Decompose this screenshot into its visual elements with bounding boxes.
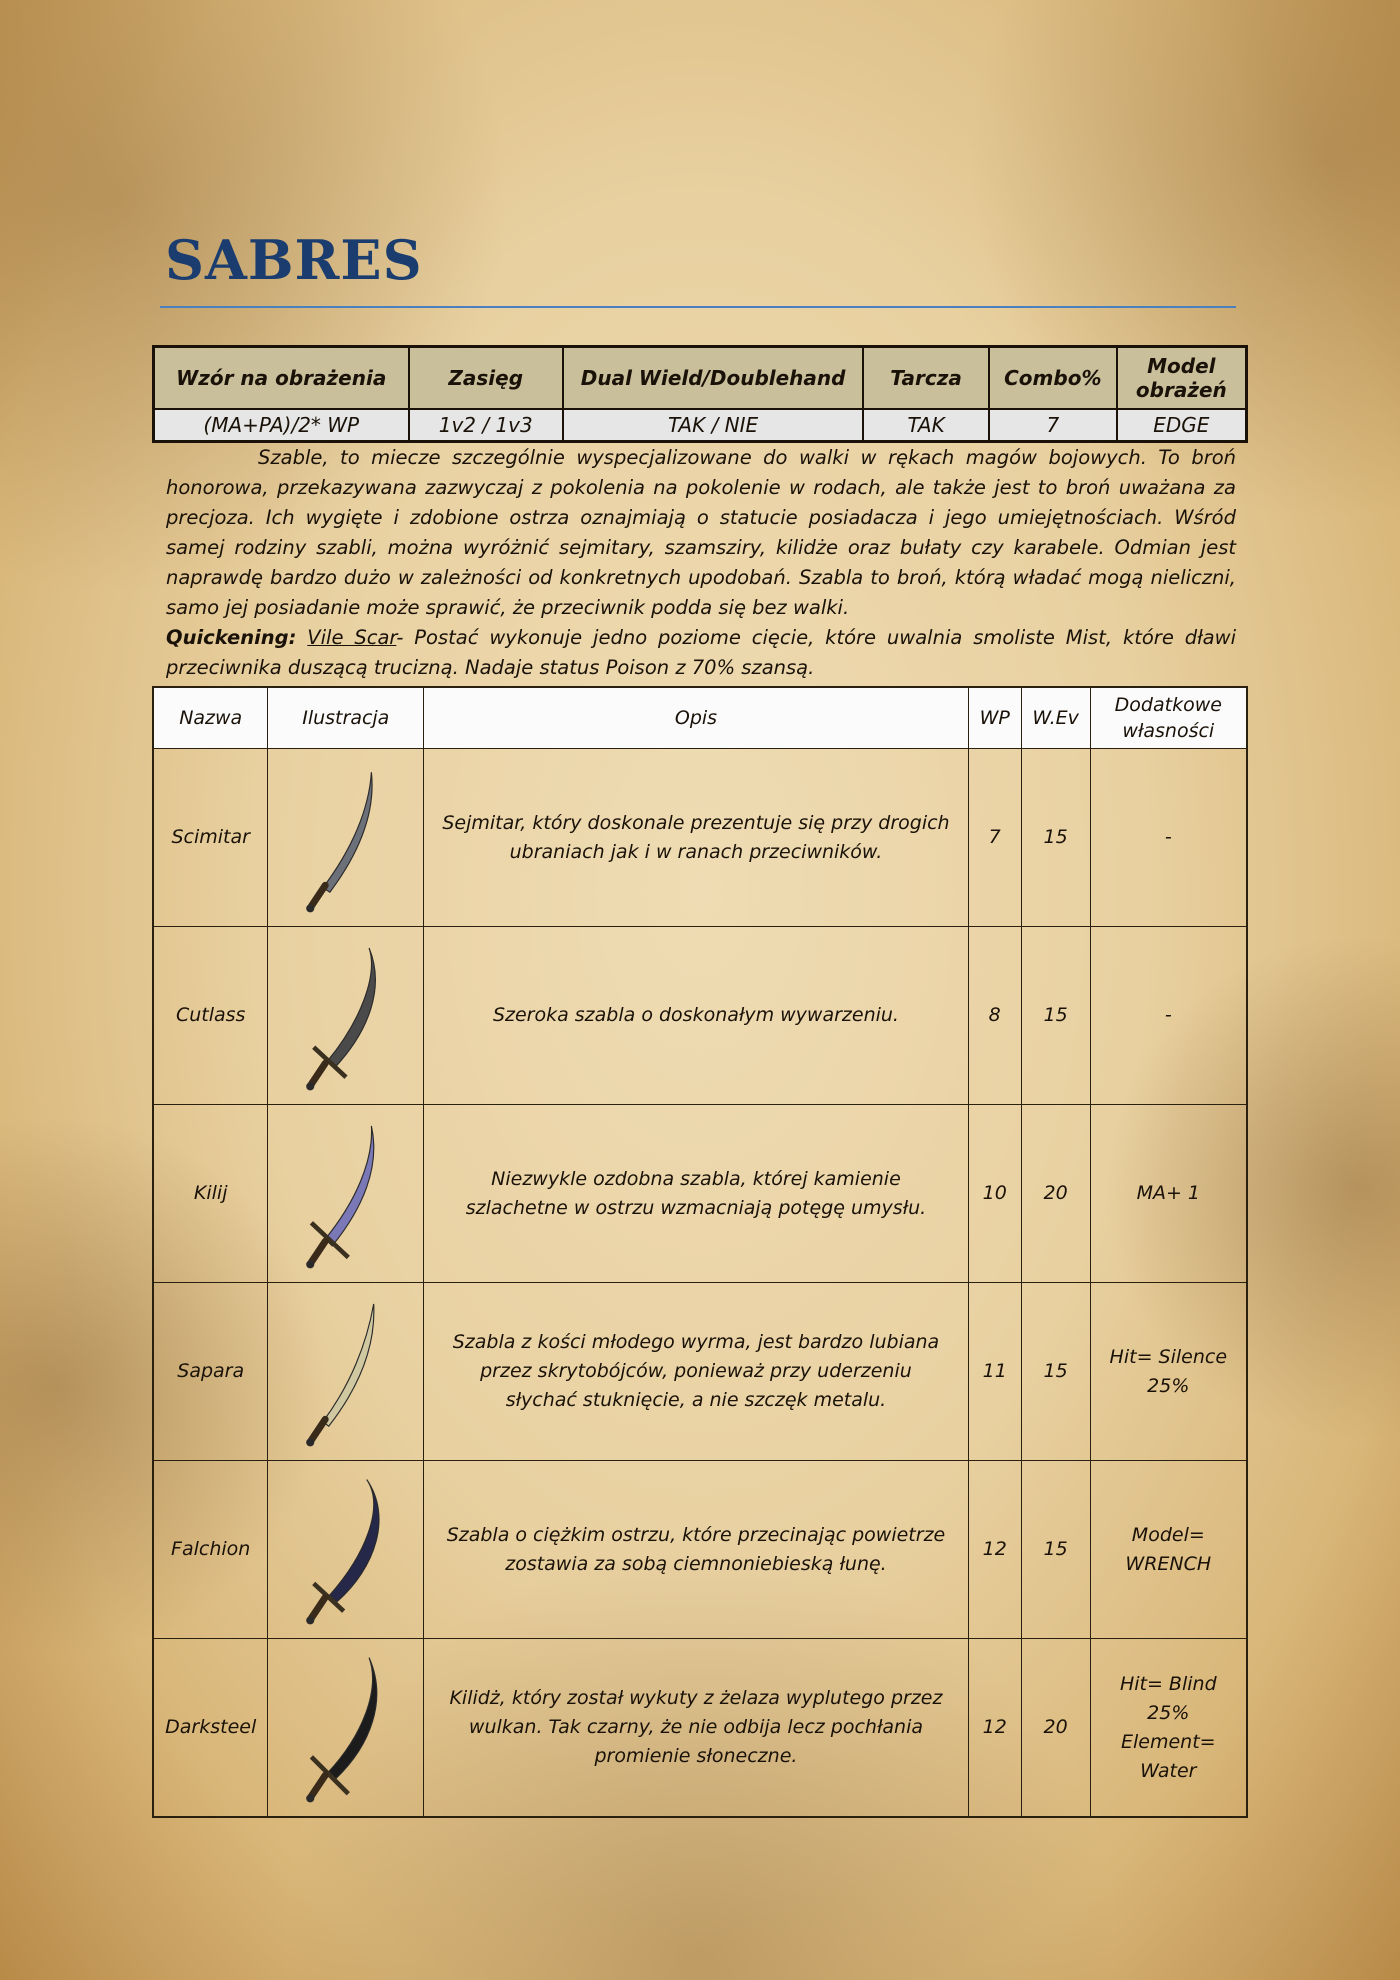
weapon-row: Cutlass Szeroka szabla o doskonałym wywa… bbox=[153, 927, 1247, 1105]
header-wp: WP bbox=[968, 687, 1021, 749]
quickening-name: Vile Scar bbox=[307, 626, 396, 649]
weapons-table-body: Scimitar Sejmitar, który doskonale preze… bbox=[153, 749, 1247, 1818]
weapon-extra-properties: - bbox=[1090, 927, 1247, 1105]
weapon-description: Szeroka szabla o doskonałym wywarzeniu. bbox=[424, 927, 969, 1105]
weapons-table: Nazwa Ilustracja Opis WP W.Ev Dodatkowe … bbox=[152, 686, 1248, 1818]
stats-value-damage-model: EDGE bbox=[1117, 409, 1247, 442]
header-extra-properties: Dodatkowe własności bbox=[1090, 687, 1247, 749]
page-title: SABRES bbox=[165, 228, 423, 292]
class-description: Szable, to miecze szczególnie wyspecjali… bbox=[166, 443, 1236, 683]
stats-header-damage-model: Model obrażeń bbox=[1117, 347, 1247, 410]
weapon-row: Sapara Szabla z kości młodego wyrma, jes… bbox=[153, 1283, 1247, 1461]
weapon-wp: 8 bbox=[968, 927, 1021, 1105]
weapon-name: Cutlass bbox=[153, 927, 268, 1105]
weapon-wev: 20 bbox=[1021, 1639, 1090, 1818]
weapon-description: Kilidż, który został wykuty z żelaza wyp… bbox=[424, 1639, 969, 1818]
weapon-extra-properties: MA+ 1 bbox=[1090, 1105, 1247, 1283]
weapon-wev: 20 bbox=[1021, 1105, 1090, 1283]
stats-header-range: Zasięg bbox=[409, 347, 563, 410]
weapon-row: Falchion Szabla o ciężkim ostrzu, które … bbox=[153, 1461, 1247, 1639]
weapon-wp: 12 bbox=[968, 1639, 1021, 1818]
kilij-sword-icon bbox=[298, 1119, 394, 1269]
header-wev: W.Ev bbox=[1021, 687, 1090, 749]
falchion-sword-icon bbox=[298, 1475, 394, 1625]
weapon-illustration bbox=[268, 927, 424, 1105]
weapon-description: Niezwykle ozdobna szabla, której kamieni… bbox=[424, 1105, 969, 1283]
sapara-sword-icon bbox=[298, 1297, 394, 1447]
weapon-row: Darksteel Kilidż, który został wykuty z … bbox=[153, 1639, 1247, 1818]
stats-header-combo: Combo% bbox=[989, 347, 1117, 410]
weapon-extra-properties: Model= WRENCH bbox=[1090, 1461, 1247, 1639]
weapon-illustration bbox=[268, 749, 424, 927]
stats-header-dual-wield: Dual Wield/Doublehand bbox=[563, 347, 863, 410]
cutlass-sword-icon bbox=[298, 941, 394, 1091]
header-illustration: Ilustracja bbox=[268, 687, 424, 749]
weapon-wp: 12 bbox=[968, 1461, 1021, 1639]
scimitar-sword-icon bbox=[298, 763, 394, 913]
quickening-label: Quickening: bbox=[166, 626, 296, 649]
stats-value-dual-wield: TAK / NIE bbox=[563, 409, 863, 442]
weapon-wev: 15 bbox=[1021, 1461, 1090, 1639]
stats-value-shield: TAK bbox=[863, 409, 989, 442]
header-name: Nazwa bbox=[153, 687, 268, 749]
weapon-name: Kilij bbox=[153, 1105, 268, 1283]
stats-value-damage-formula: (MA+PA)/2* WP bbox=[154, 409, 409, 442]
stats-value-range: 1v2 / 1v3 bbox=[409, 409, 563, 442]
weapons-header-row: Nazwa Ilustracja Opis WP W.Ev Dodatkowe … bbox=[153, 687, 1247, 749]
weapon-description: Szabla o ciężkim ostrzu, które przecinaj… bbox=[424, 1461, 969, 1639]
weapon-name: Scimitar bbox=[153, 749, 268, 927]
darksteel-sword-icon bbox=[298, 1653, 394, 1803]
title-underline bbox=[160, 306, 1236, 308]
weapon-name: Sapara bbox=[153, 1283, 268, 1461]
weapon-wp: 7 bbox=[968, 749, 1021, 927]
stats-header-damage-formula: Wzór na obrażenia bbox=[154, 347, 409, 410]
description-text: Szable, to miecze szczególnie wyspecjali… bbox=[166, 446, 1236, 619]
weapon-extra-properties: Hit= Silence 25% bbox=[1090, 1283, 1247, 1461]
header-description: Opis bbox=[424, 687, 969, 749]
weapon-illustration bbox=[268, 1105, 424, 1283]
stats-value-row: (MA+PA)/2* WP 1v2 / 1v3 TAK / NIE TAK 7 … bbox=[154, 409, 1247, 442]
weapon-wp: 11 bbox=[968, 1283, 1021, 1461]
weapon-name: Falchion bbox=[153, 1461, 268, 1639]
stats-header-shield: Tarcza bbox=[863, 347, 989, 410]
weapon-illustration bbox=[268, 1461, 424, 1639]
weapon-illustration bbox=[268, 1639, 424, 1818]
weapon-wev: 15 bbox=[1021, 927, 1090, 1105]
weapon-description: Sejmitar, który doskonale prezentuje się… bbox=[424, 749, 969, 927]
stats-header-row: Wzór na obrażenia Zasięg Dual Wield/Doub… bbox=[154, 347, 1247, 410]
weapon-wp: 10 bbox=[968, 1105, 1021, 1283]
weapon-extra-properties: Hit= Blind 25% Element= Water bbox=[1090, 1639, 1247, 1818]
stats-value-combo: 7 bbox=[989, 409, 1117, 442]
weapon-illustration bbox=[268, 1283, 424, 1461]
weapon-class-stats-table: Wzór na obrażenia Zasięg Dual Wield/Doub… bbox=[152, 345, 1248, 443]
weapon-wev: 15 bbox=[1021, 749, 1090, 927]
weapon-extra-properties: - bbox=[1090, 749, 1247, 927]
weapon-name: Darksteel bbox=[153, 1639, 268, 1818]
weapon-wev: 15 bbox=[1021, 1283, 1090, 1461]
weapon-row: Scimitar Sejmitar, który doskonale preze… bbox=[153, 749, 1247, 927]
weapon-description: Szabla z kości młodego wyrma, jest bardz… bbox=[424, 1283, 969, 1461]
weapon-row: Kilij Niezwykle ozdobna szabla, której k… bbox=[153, 1105, 1247, 1283]
